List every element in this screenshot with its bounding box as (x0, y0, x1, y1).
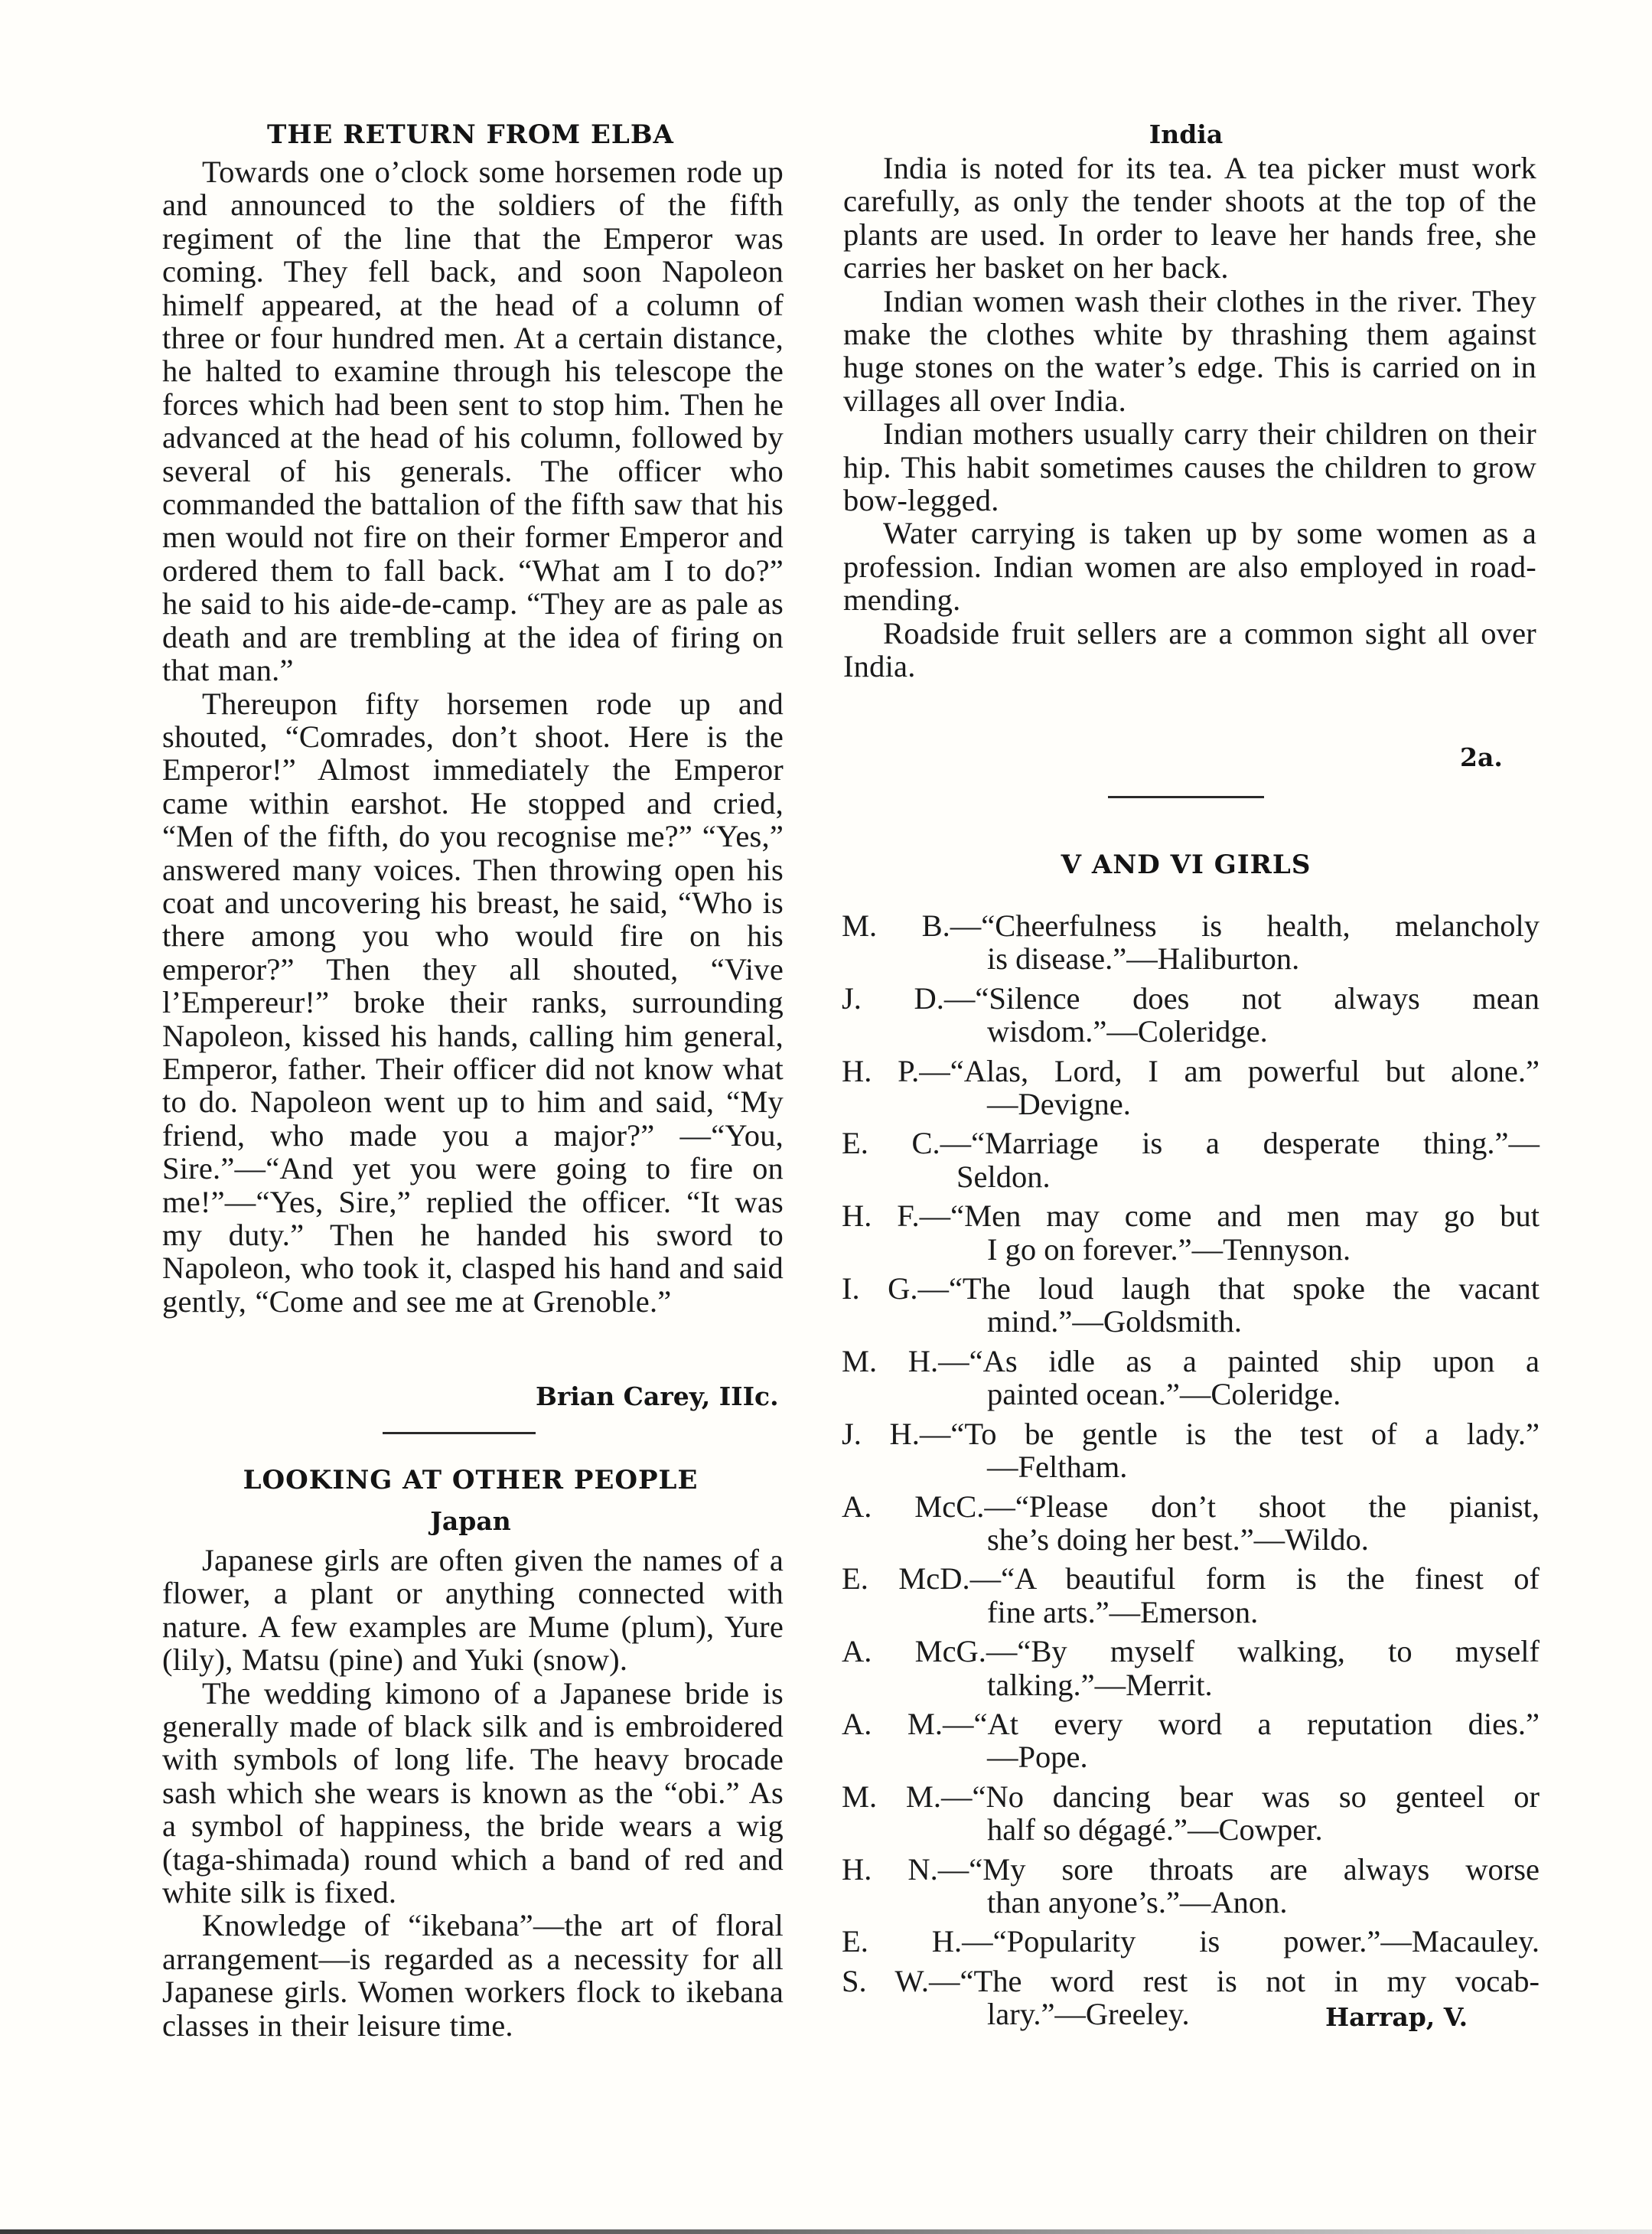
quote-continuation: mind.”—Goldsmith. (842, 1305, 1540, 1338)
quote-item: H. F.—“Men may come and men may go butI … (842, 1199, 1540, 1266)
paragraph: India is noted for its tea. A tea picker… (843, 152, 1536, 285)
section-divider (1108, 796, 1264, 798)
scan-edge (0, 2229, 1652, 2234)
paragraph: Thereupon fifty horsemen rode up and sho… (162, 687, 784, 1319)
quote-item: I. G.—“The loud laugh that spoke the vac… (842, 1272, 1540, 1339)
article-body-elba: Towards one o’clock some horsemen rode u… (162, 155, 784, 1318)
quote-item: E. McD.—“A beautiful form is the finest … (842, 1562, 1540, 1629)
quote-line: M. B.—“Cheerfulness is health, melanchol… (842, 909, 1540, 942)
quote-line: E. McD.—“A beautiful form is the finest … (842, 1562, 1540, 1595)
paragraph: Water carrying is taken up by some women… (843, 517, 1536, 616)
quote-line: M. M.—“No dancing bear was so genteel or (842, 1780, 1540, 1813)
quote-line: A. M.—“At every word a reputation dies.” (842, 1707, 1540, 1740)
quote-continuation: Seldon. (842, 1160, 1540, 1193)
quotes-list: M. B.—“Cheerfulness is health, melanchol… (842, 909, 1540, 2037)
quote-continuation: —Pope. (842, 1740, 1540, 1773)
quote-continuation: wisdom.”—Coleridge. (842, 1015, 1540, 1048)
quote-item: A. McC.—“Please don’t shoot the pianist,… (842, 1490, 1540, 1557)
quote-line: H. P.—“Alas, Lord, I am powerful but alo… (842, 1055, 1540, 1088)
quote-line: A. McG.—“By myself walking, to myself (842, 1635, 1540, 1668)
quote-item: H. N.—“My sore throats are always worset… (842, 1853, 1540, 1919)
subtitle-japan: Japan (153, 1506, 788, 1536)
quote-line: E. H.—“Popularity is power.”—Macauley. (842, 1925, 1540, 1958)
quote-line: E. C.—“Marriage is a desperate thing.”— (842, 1127, 1540, 1159)
quote-line: H. F.—“Men may come and men may go but (842, 1199, 1540, 1232)
quote-continuation: half so dégagé.”—Cowper. (842, 1813, 1540, 1846)
quote-item: M. H.—“As idle as a painted ship upon ap… (842, 1345, 1540, 1411)
quote-continuation: painted ocean.”—Coleridge. (842, 1378, 1540, 1411)
article-signature-girls: Harrap, V. (1325, 2002, 1468, 2032)
quote-line: J. D.—“Silence does not always mean (842, 982, 1540, 1015)
quote-line: H. N.—“My sore throats are always worse (842, 1853, 1540, 1886)
quote-continuation: talking.”—Merrit. (842, 1668, 1540, 1701)
quote-line: J. H.—“To be gentle is the test of a lad… (842, 1417, 1540, 1450)
section-divider (383, 1432, 536, 1434)
paragraph: Indian women wash their clothes in the r… (843, 285, 1536, 418)
article-title-other-people: LOOKING AT OTHER PEOPLE (153, 1465, 788, 1495)
paragraph: Towards one o’clock some horsemen rode u… (162, 155, 784, 687)
quote-continuation: fine arts.”—Emerson. (842, 1596, 1540, 1629)
quote-continuation: is disease.”—Haliburton. (842, 942, 1540, 975)
quote-item: E. C.—“Marriage is a desperate thing.”—S… (842, 1127, 1540, 1193)
paragraph: Knowledge of “ikebana”—the art of floral… (162, 1909, 784, 2042)
quote-item: H. P.—“Alas, Lord, I am powerful but alo… (842, 1055, 1540, 1121)
quote-item: E. H.—“Popularity is power.”—Macauley. (842, 1925, 1540, 1958)
quote-item: A. M.—“At every word a reputation dies.”… (842, 1707, 1540, 1774)
quote-item: M. M.—“No dancing bear was so genteel or… (842, 1780, 1540, 1847)
quote-line: I. G.—“The loud laugh that spoke the vac… (842, 1272, 1540, 1305)
quote-continuation: —Devigne. (842, 1088, 1540, 1120)
paragraph: Japanese girls are often given the names… (162, 1544, 784, 1677)
article-signature-india: 2a. (1460, 742, 1503, 772)
paragraph: The wedding kimono of a Japanese bride i… (162, 1677, 784, 1909)
quote-continuation: —Feltham. (842, 1450, 1540, 1483)
quote-continuation: I go on forever.”—Tennyson. (842, 1233, 1540, 1266)
paragraph: Indian mothers usually carry their child… (843, 417, 1536, 517)
article-body-japan: Japanese girls are often given the names… (162, 1544, 784, 2042)
article-title-girls: V AND VI GIRLS (842, 850, 1530, 880)
article-signature-elba: Brian Carey, IIIc. (536, 1381, 779, 1411)
quote-line: S. W.—“The word rest is not in my vocab- (842, 1965, 1540, 1998)
quote-item: J. H.—“To be gentle is the test of a lad… (842, 1417, 1540, 1484)
quote-continuation: than anyone’s.”—Anon. (842, 1886, 1540, 1919)
article-body-india: India is noted for its tea. A tea picker… (843, 152, 1536, 683)
article-title-elba: THE RETURN FROM ELBA (153, 119, 788, 150)
quote-line: A. McC.—“Please don’t shoot the pianist, (842, 1490, 1540, 1523)
quote-item: J. D.—“Silence does not always meanwisdo… (842, 982, 1540, 1049)
paragraph: Roadside fruit sellers are a common sigh… (843, 617, 1536, 683)
subtitle-india: India (842, 119, 1530, 149)
quote-continuation: she’s doing her best.”—Wildo. (842, 1523, 1540, 1556)
quote-item: A. McG.—“By myself walking, to myselftal… (842, 1635, 1540, 1701)
quote-line: M. H.—“As idle as a painted ship upon a (842, 1345, 1540, 1378)
quote-item: M. B.—“Cheerfulness is health, melanchol… (842, 909, 1540, 976)
